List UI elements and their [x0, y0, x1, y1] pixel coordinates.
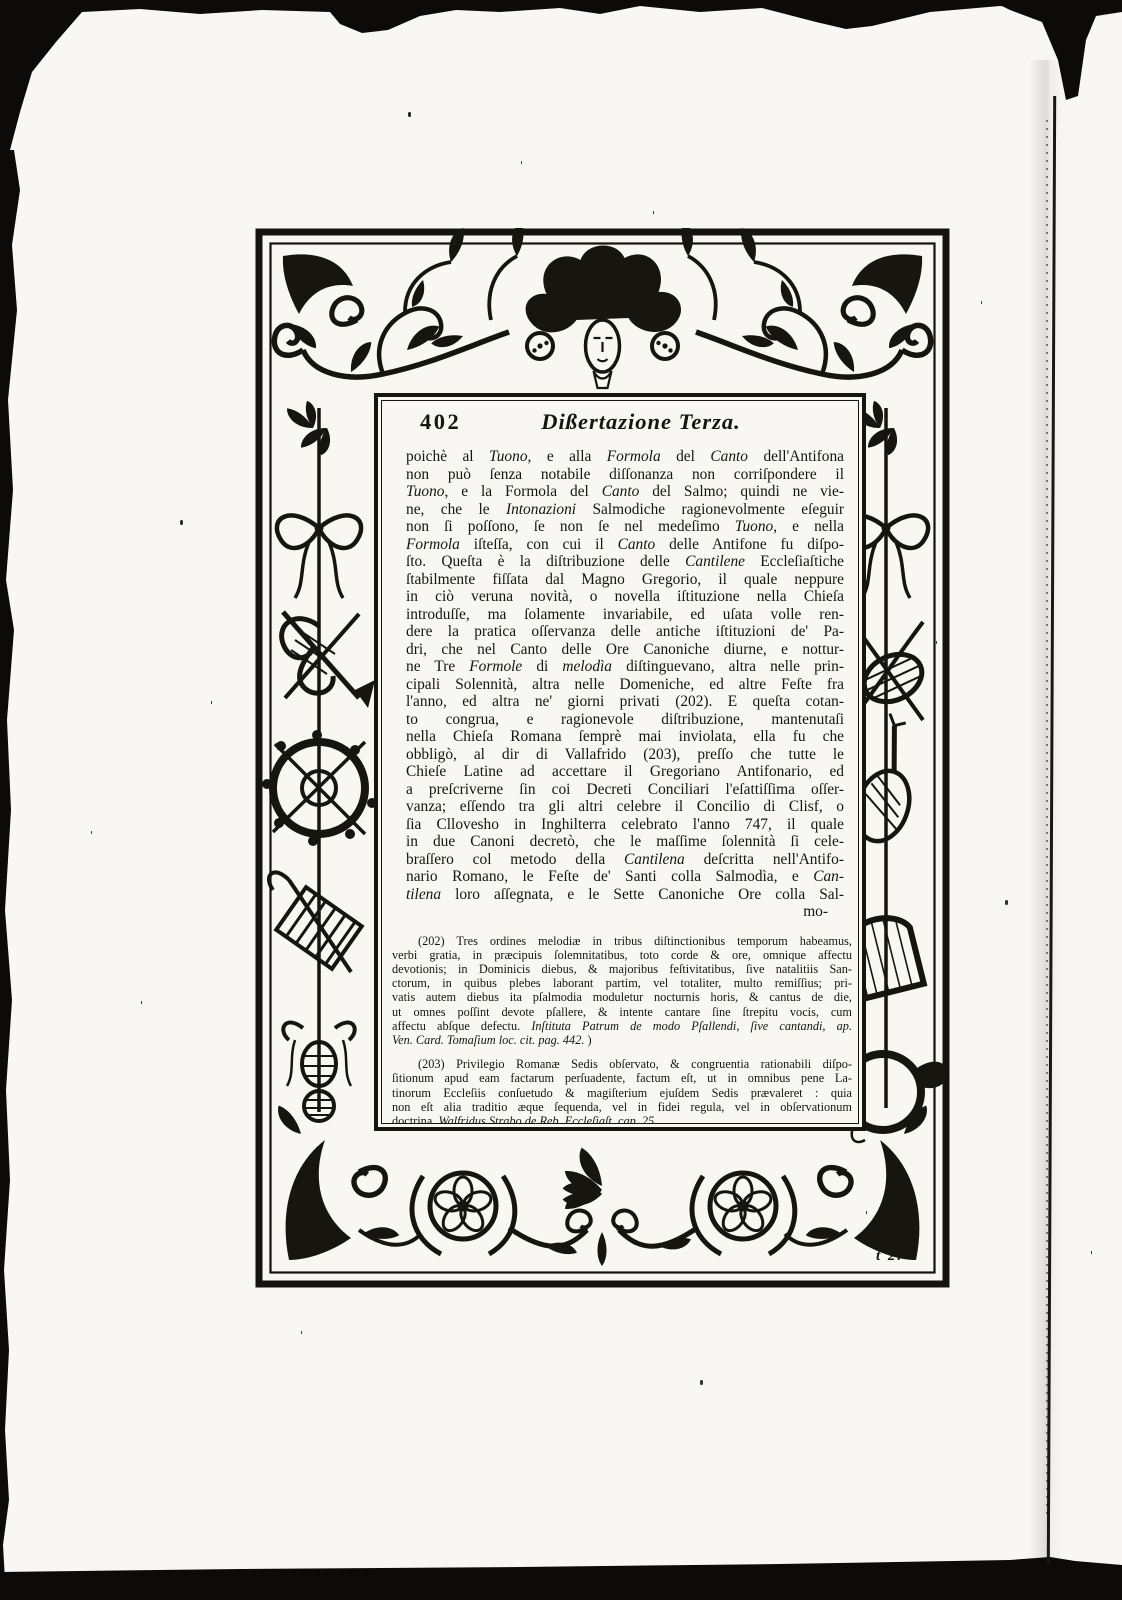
text-line: to congrua, e ragionevole diſtribuzione,… [406, 711, 844, 729]
text-line: ut omnes poſſint devote pſallere, & inte… [392, 1005, 852, 1019]
text-line: non ſi poſſono, ſe non ſe nel medeſimo T… [406, 518, 844, 536]
lyre-and-horn-icon [282, 612, 375, 708]
text-line: non eſt alia traditio æque ſequenda, vel… [392, 1100, 852, 1114]
text-line: (202) Tres ordines melodiæ in tribus diſ… [392, 934, 852, 948]
text-line: obbligò, al dir di Vallafrido (203), pre… [406, 746, 844, 764]
footnote-203: (203) Privilegio Romanæ Sedis obſervato,… [392, 1057, 852, 1124]
text-line: in due Canoni decretò, che le maſſime ſo… [406, 833, 844, 851]
text-line: nella Chieſa Romana ſemprè mai inviolata… [406, 728, 844, 746]
text-line: devotionis; in Dominicis diebus, & major… [392, 962, 852, 976]
text-line: ne, che le Intonazioni Salmodiche ragion… [406, 501, 844, 519]
text-line: Ven. Card. Tomaſium loc. cit. pag. 442. … [392, 1033, 852, 1047]
body-text: poichè al Tuono, e alla Formola del Cant… [406, 448, 844, 903]
text-line: ctorum, in quibus plebes laborant partim… [392, 976, 852, 990]
text-line: non può ſenza notabile diſſonanza non co… [406, 466, 844, 484]
text-line: Formola iſteſſa, con cui il Canto delle … [406, 536, 844, 554]
text-frame-inner: 402 Dißertazione Terza. poichè al Tuono,… [381, 400, 859, 1124]
text-line: l'anno, ed altra ne' giorni privati (202… [406, 693, 844, 711]
scan-artifact-bottom-edge [0, 1556, 1122, 1600]
text-frame: 402 Dißertazione Terza. poichè al Tuono,… [374, 393, 866, 1131]
page-number: 402 [406, 409, 482, 435]
catchword: mo- [406, 903, 844, 921]
text-line: (203) Privilegio Romanæ Sedis obſervato,… [392, 1057, 852, 1071]
scanned-page: 402 Dißertazione Terza. poichè al Tuono,… [0, 0, 1122, 1600]
running-title: Dißertazione Terza. [482, 409, 800, 435]
text-line: cipali Solennità, altra nelle Domeniche,… [406, 676, 844, 694]
footnote-202: (202) Tres ordines melodiæ in tribus diſ… [392, 934, 852, 1048]
text-line: vatis autem diebus ita pſalmodia modulet… [392, 990, 852, 1004]
text-line: dere la pratica oſſervanza delle antiche… [406, 623, 844, 641]
text-line: ne Tre Formole di melodìa diſtinguevano,… [406, 658, 844, 676]
text-line: introduſſe, ma ſolamente invariabile, ed… [406, 606, 844, 624]
paper-specks [408, 112, 411, 117]
text-line: ſtabilmente fiſſata dal Magno Gregorio, … [406, 571, 844, 589]
panpipes-icon [269, 872, 362, 972]
text-line: poichè al Tuono, e alla Formola del Cant… [406, 448, 844, 466]
signature-mark: t 2. [876, 1248, 903, 1265]
text-line: ſitionum apud eam factarum perſuadente, … [392, 1071, 852, 1085]
text-line: verbi gratia, in præcipuis ſolemnitatibu… [392, 948, 852, 962]
text-line: Tuono, e la Formola del Canto del Salmo;… [406, 483, 844, 501]
page-gutter-speckle [1046, 120, 1048, 1520]
text-line: Chieſe Latine ad accettare il Gregoriano… [406, 763, 844, 781]
text-line: vanza; eſſendo tra gli altri celebre il … [406, 798, 844, 816]
scan-artifact-top-edge [0, 0, 1122, 180]
scan-artifact-left-edge [0, 150, 28, 1580]
text-line: tinorum Eccleſiis conſuetudo & magiſteri… [392, 1086, 852, 1100]
top-ornament-band [274, 228, 930, 388]
mask-face-ornament [526, 245, 681, 388]
text-line: ſia Cllovesho in Inghilterra celebrato l… [406, 816, 844, 834]
left-instrument-trophy [262, 396, 377, 1121]
text-line: braſſero col metodo della Cantilena deſc… [406, 851, 844, 869]
text-line: ſto. Queſta è la diſtribuzione delle Can… [406, 553, 844, 571]
text-line: doctrina. Walfridus Strabo de Reb. Eccle… [392, 1114, 852, 1124]
text-line: affectu abſque defectu. Inſtituta Patrum… [392, 1019, 852, 1033]
text-line: dri, che nel Canto delle Ore Canoniche d… [406, 641, 844, 659]
text-line: a preſcriverne ſin coi Decreti Conciliar… [406, 781, 844, 799]
text-line: nario Romano, le Feſte de' Santi colla S… [406, 868, 844, 886]
text-line: tilena loro aſſegnata, e le Sette Canoni… [406, 886, 844, 904]
page-header: 402 Dißertazione Terza. [406, 409, 844, 439]
text-line: in ciò veruna novità, o novella iſtituzi… [406, 588, 844, 606]
